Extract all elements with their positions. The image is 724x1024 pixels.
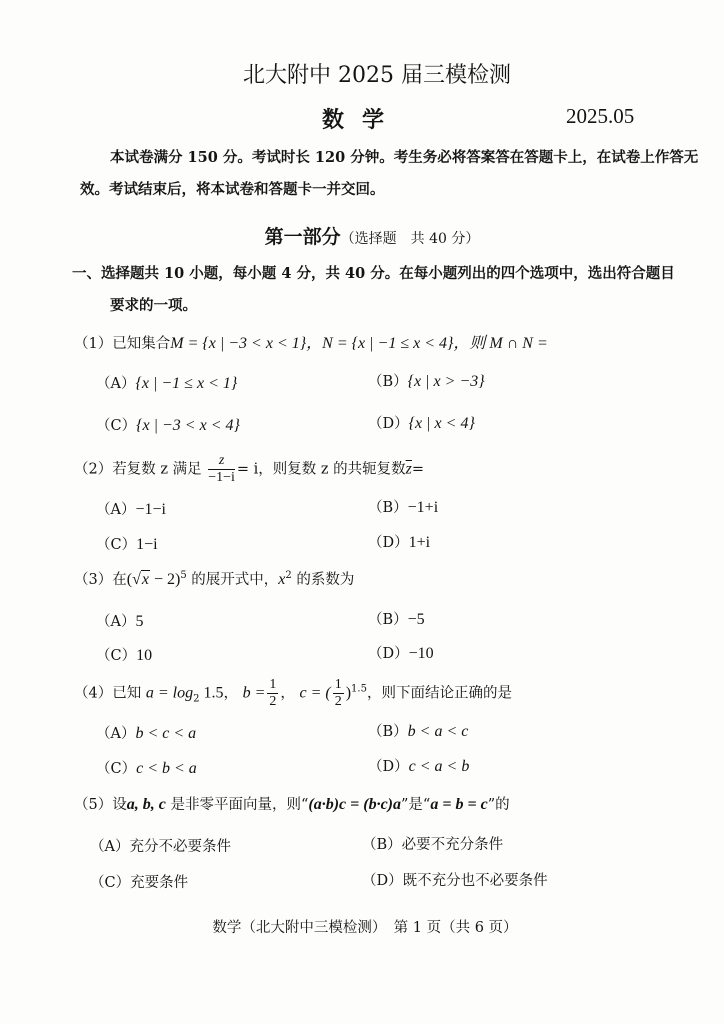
part-subtitle: （选择题 共 40 分） (341, 231, 480, 247)
question-text: 的展开式中， (187, 572, 279, 588)
question-4-stem: （4）已知 a = log2 1.5， b =12， c = (12)1.5，则… (74, 678, 512, 709)
question-2-option-a[interactable]: （A）−1−i (96, 498, 166, 519)
question-5-option-d[interactable]: （D）既不充分也不必要条件 (362, 869, 548, 890)
fraction: z−1−i (208, 454, 235, 485)
question-number: （5） (74, 797, 112, 813)
question-4-option-a[interactable]: （A）b < c < a (96, 722, 196, 743)
question-text: 已知 (112, 686, 141, 702)
option-text: {x | −1 ≤ x < 1} (135, 375, 237, 392)
section-instruction-line2: 要求的一项。 (110, 294, 197, 315)
question-1-option-c[interactable]: （C）{x | −3 < x < 4} (96, 414, 240, 435)
question-4-option-d[interactable]: （D）c < a < b (368, 755, 469, 776)
fraction-numerator: 1 (333, 678, 344, 694)
option-label: （D） (368, 416, 409, 432)
option-label: （B） (362, 837, 402, 853)
question-number: （1） (74, 336, 112, 352)
math-expr: c = ( (299, 685, 330, 702)
question-3-option-c[interactable]: （C）10 (96, 644, 152, 665)
question-text: 设 (112, 797, 127, 813)
fraction: 12 (333, 678, 344, 709)
option-text: c < a < b (409, 758, 470, 775)
question-number: （4） (74, 686, 112, 702)
option-label: （C） (96, 418, 136, 434)
option-text: 充要条件 (130, 875, 188, 891)
option-text: {x | x > −3} (408, 373, 485, 390)
fraction-denominator: 2 (267, 694, 278, 709)
option-text: 10 (136, 647, 152, 664)
question-5-option-b[interactable]: （B）必要不充分条件 (362, 833, 503, 854)
math-expr: 1.5 (199, 685, 223, 702)
option-label: （B） (368, 500, 408, 516)
fraction-numerator: z (208, 454, 235, 470)
option-text: 必要不充分条件 (402, 837, 504, 853)
question-math: M = {x | −3 < x < 1}，N = {x | −1 ≤ x < 4… (170, 335, 548, 352)
option-label: （A） (90, 839, 129, 855)
question-5-option-a[interactable]: （A）充分不必要条件 (90, 835, 231, 856)
question-3-option-a[interactable]: （A）5 (96, 610, 143, 631)
option-text: −5 (408, 611, 425, 628)
exam-title: 北大附中 2025 届三模检测 (0, 58, 724, 89)
option-text: −1−i (135, 501, 166, 518)
option-text: −10 (409, 645, 434, 662)
option-label: （B） (368, 612, 408, 628)
question-4-option-b[interactable]: （B）b < a < c (368, 720, 468, 741)
option-label: （D） (368, 646, 409, 662)
option-label: （A） (96, 614, 135, 630)
question-3-option-d[interactable]: （D）−10 (368, 642, 434, 663)
question-text: 若复数 z 满足 (112, 462, 201, 478)
question-1-option-a[interactable]: （A）{x | −1 ≤ x < 1} (96, 372, 237, 393)
option-label: （A） (96, 376, 135, 392)
fraction-numerator: 1 (267, 678, 278, 694)
fraction-denominator: 2 (333, 694, 344, 709)
question-text: = i，则复数 z 的共轭复数 (237, 462, 406, 478)
vector-list: a, b, c (127, 796, 166, 813)
question-2-option-d[interactable]: （D）1+i (368, 531, 430, 552)
option-text: {x | x < 4} (409, 415, 475, 432)
subject-title: 数学 (322, 103, 402, 134)
question-1-stem: （1）已知集合M = {x | −3 < x < 1}，N = {x | −1 … (74, 330, 548, 353)
option-label: （D） (368, 535, 409, 551)
option-text: {x | −3 < x < 4} (136, 417, 240, 434)
option-text: 1+i (409, 534, 430, 551)
option-label: （D） (362, 873, 403, 889)
option-text: 既不充分也不必要条件 (403, 873, 548, 889)
question-text: ”的 (488, 797, 510, 813)
part-one-heading: 第一部分（选择题 共 40 分） (0, 222, 724, 249)
option-label: （A） (96, 726, 135, 742)
option-label: （C） (96, 761, 136, 777)
question-2-option-b[interactable]: （B）−1+i (368, 496, 438, 517)
page-footer: 数学（北大附中三模检测） 第 1 页（共 6 页） (0, 916, 724, 937)
question-4-option-c[interactable]: （C）c < b < a (96, 757, 197, 778)
fraction: 12 (267, 678, 278, 709)
option-text: 1−i (136, 536, 157, 553)
option-text: 充分不必要条件 (129, 839, 231, 855)
question-text: 在 (112, 572, 127, 588)
sqrt-symbol: √ (132, 571, 141, 588)
exam-date: 2025.05 (566, 104, 634, 129)
condition-2: a = b = c (430, 796, 487, 813)
option-text: b < c < a (135, 725, 196, 742)
exponent: 1.5 (351, 684, 367, 695)
option-text: b < a < c (408, 723, 469, 740)
option-label: （C） (90, 875, 130, 891)
question-5-option-c[interactable]: （C）充要条件 (90, 871, 188, 892)
exam-notice-line1: 本试卷满分 150 分。考试时长 120 分钟。考生务必将答案答在答题卡上，在试… (110, 146, 698, 167)
section-instruction-line1: 一、选择题共 10 小题，每小题 4 分，共 40 分。在每小题列出的四个选项中… (72, 262, 675, 283)
option-text: 5 (135, 613, 143, 630)
question-text: 是非零平面向量，则“ (166, 797, 309, 813)
condition-1: (a·b)c = (b·c)a (308, 796, 401, 813)
question-2-stem: （2）若复数 z 满足 z−1−i= i，则复数 z 的共轭复数z= (74, 454, 424, 485)
question-1-option-d[interactable]: （D）{x | x < 4} (368, 412, 475, 433)
option-label: （B） (368, 724, 408, 740)
fraction-denominator: −1−i (208, 470, 235, 485)
question-number: （3） (74, 572, 112, 588)
option-label: （C） (96, 537, 136, 553)
question-text: = (412, 462, 424, 478)
sqrt-radicand: x (141, 570, 150, 588)
option-label: （A） (96, 502, 135, 518)
question-3-option-b[interactable]: （B）−5 (368, 608, 425, 629)
question-3-stem: （3）在(√x − 2)5 的展开式中，x2 的系数为 (74, 568, 354, 589)
question-2-option-c[interactable]: （C）1−i (96, 533, 158, 554)
math-expr: − 2) (150, 571, 180, 588)
question-number: （2） (74, 462, 112, 478)
math-expr: b = (243, 685, 266, 702)
option-label: （D） (368, 759, 409, 775)
math-expr: a = log (146, 685, 193, 702)
exam-notice-line2: 效。考试结束后，将本试卷和答题卡一并交回。 (80, 178, 385, 199)
question-text: ”是“ (401, 797, 430, 813)
option-label: （B） (368, 374, 408, 390)
question-1-option-b[interactable]: （B）{x | x > −3} (368, 370, 485, 391)
question-5-stem: （5）设a, b, c 是非零平面向量，则“(a·b)c = (b·c)a”是“… (74, 793, 510, 814)
option-label: （C） (96, 648, 136, 664)
option-text: −1+i (408, 499, 439, 516)
question-text: 已知集合 (112, 336, 170, 352)
part-title: 第一部分 (265, 226, 341, 248)
question-text: 的系数为 (292, 572, 355, 588)
option-text: c < b < a (136, 760, 197, 777)
question-text: ，则下面结论正确的是 (367, 686, 512, 702)
